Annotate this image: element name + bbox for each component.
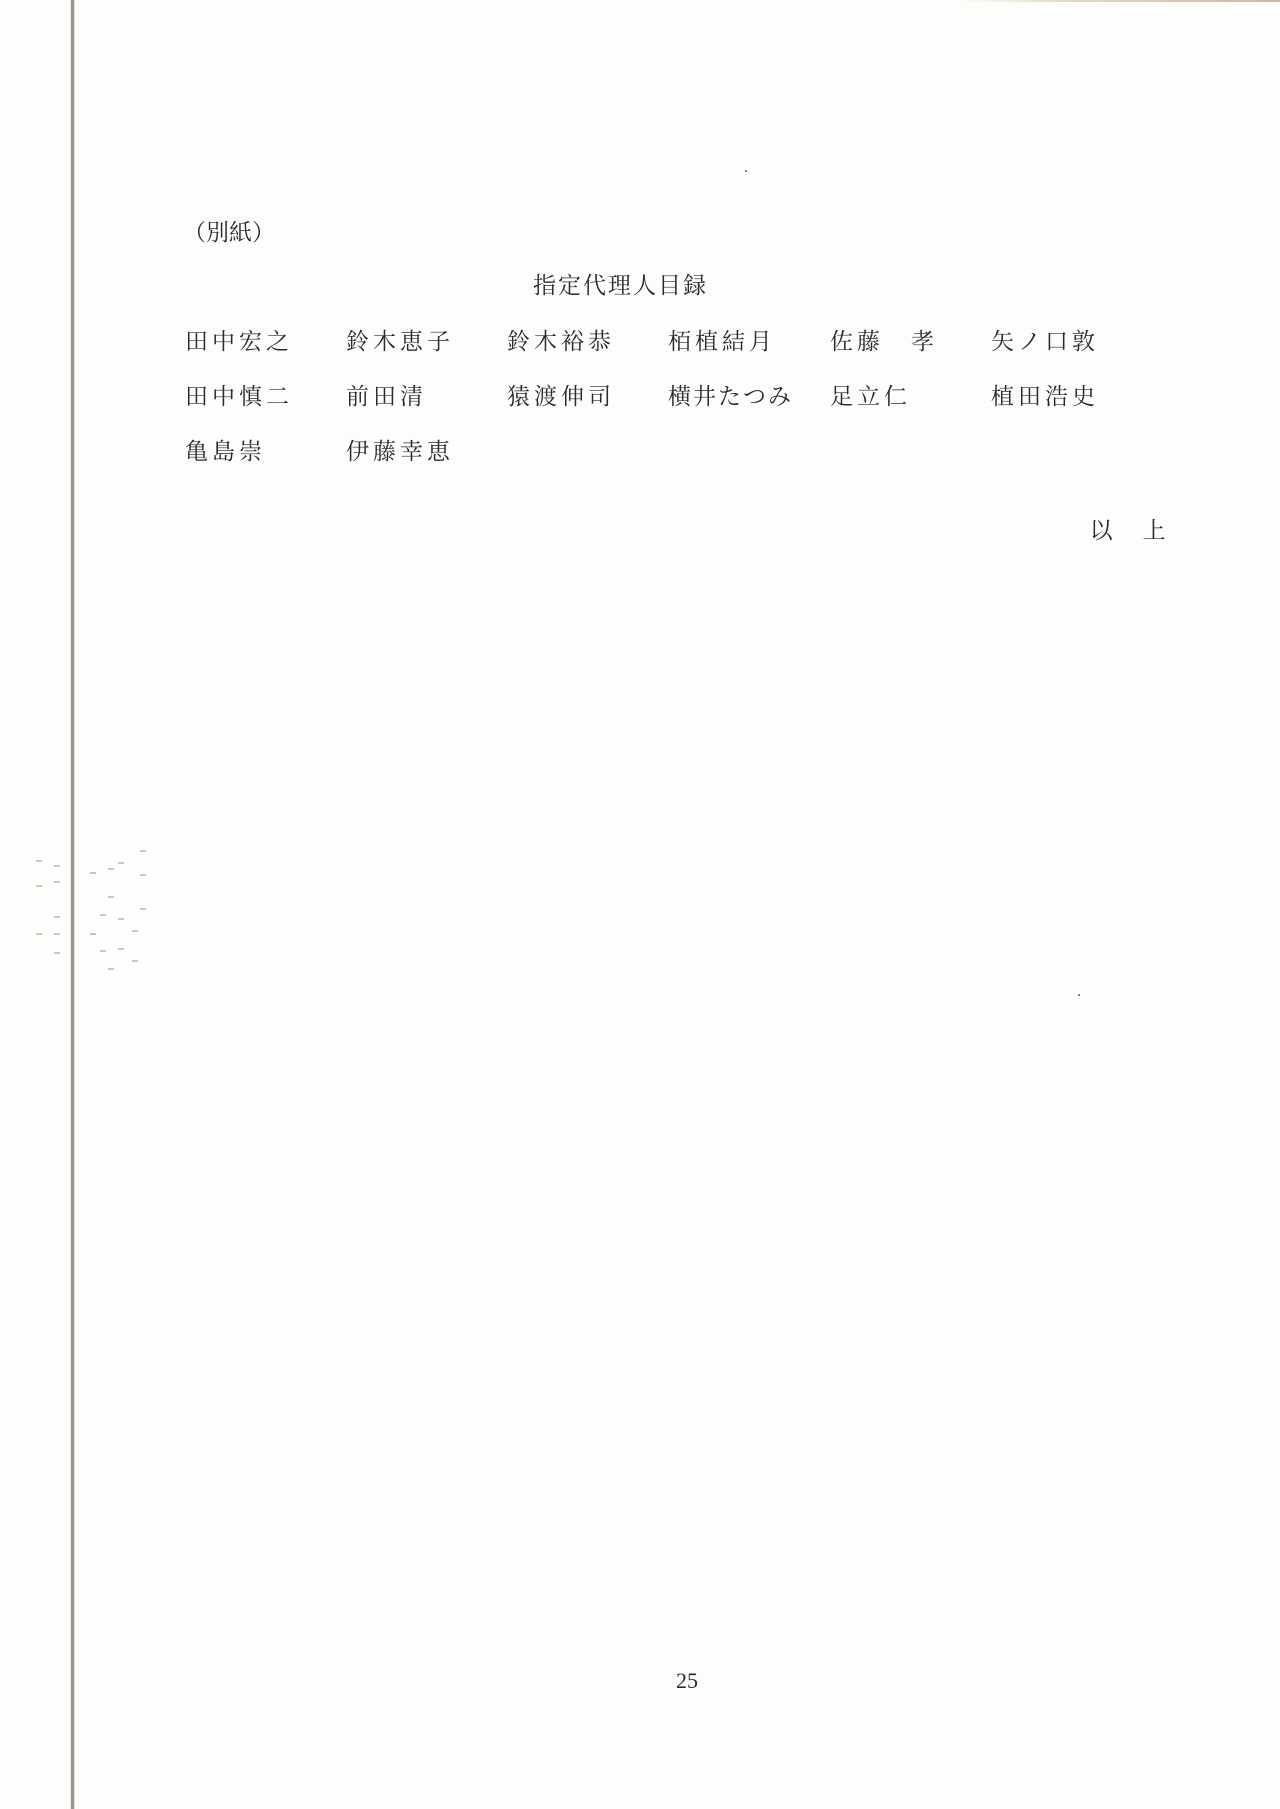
name-entry: 伊藤幸恵 bbox=[346, 441, 454, 464]
paper-top-edge bbox=[960, 0, 1280, 2]
name-entry: 鈴木恵子 bbox=[346, 331, 454, 354]
page-number: 25 bbox=[676, 1668, 698, 1694]
document-page: { "document": { "annex_label": "（別紙）", "… bbox=[0, 0, 1280, 1809]
name-entry: 足立仁 bbox=[830, 386, 911, 409]
name-entry: 横井たつみ bbox=[668, 386, 793, 409]
closing-part-2: 上 bbox=[1143, 518, 1166, 544]
name-entry: 栢植結月 bbox=[668, 331, 776, 354]
name-entry: 矢ノ口敦 bbox=[991, 331, 1099, 354]
name-entry: 前田清 bbox=[346, 386, 427, 409]
paper-speck bbox=[1078, 994, 1080, 996]
name-entry: 佐藤 孝 bbox=[830, 331, 938, 354]
closing-mark: 以上 bbox=[1075, 497, 1166, 543]
punch-hole-marks bbox=[28, 840, 158, 990]
name-entry: 田中宏之 bbox=[185, 331, 293, 354]
name-entry: 鈴木裕恭 bbox=[507, 331, 615, 354]
name-entry: 亀島崇 bbox=[185, 441, 266, 464]
paper-speck bbox=[745, 170, 747, 172]
name-entry: 植田浩史 bbox=[991, 386, 1099, 409]
name-entry: 田中慎二 bbox=[185, 386, 293, 409]
document-title: 指定代理人目録 bbox=[533, 275, 708, 298]
annex-label: （別紙） bbox=[183, 222, 275, 245]
closing-part-1: 以 bbox=[1090, 518, 1113, 544]
name-entry: 猿渡伸司 bbox=[507, 386, 615, 409]
